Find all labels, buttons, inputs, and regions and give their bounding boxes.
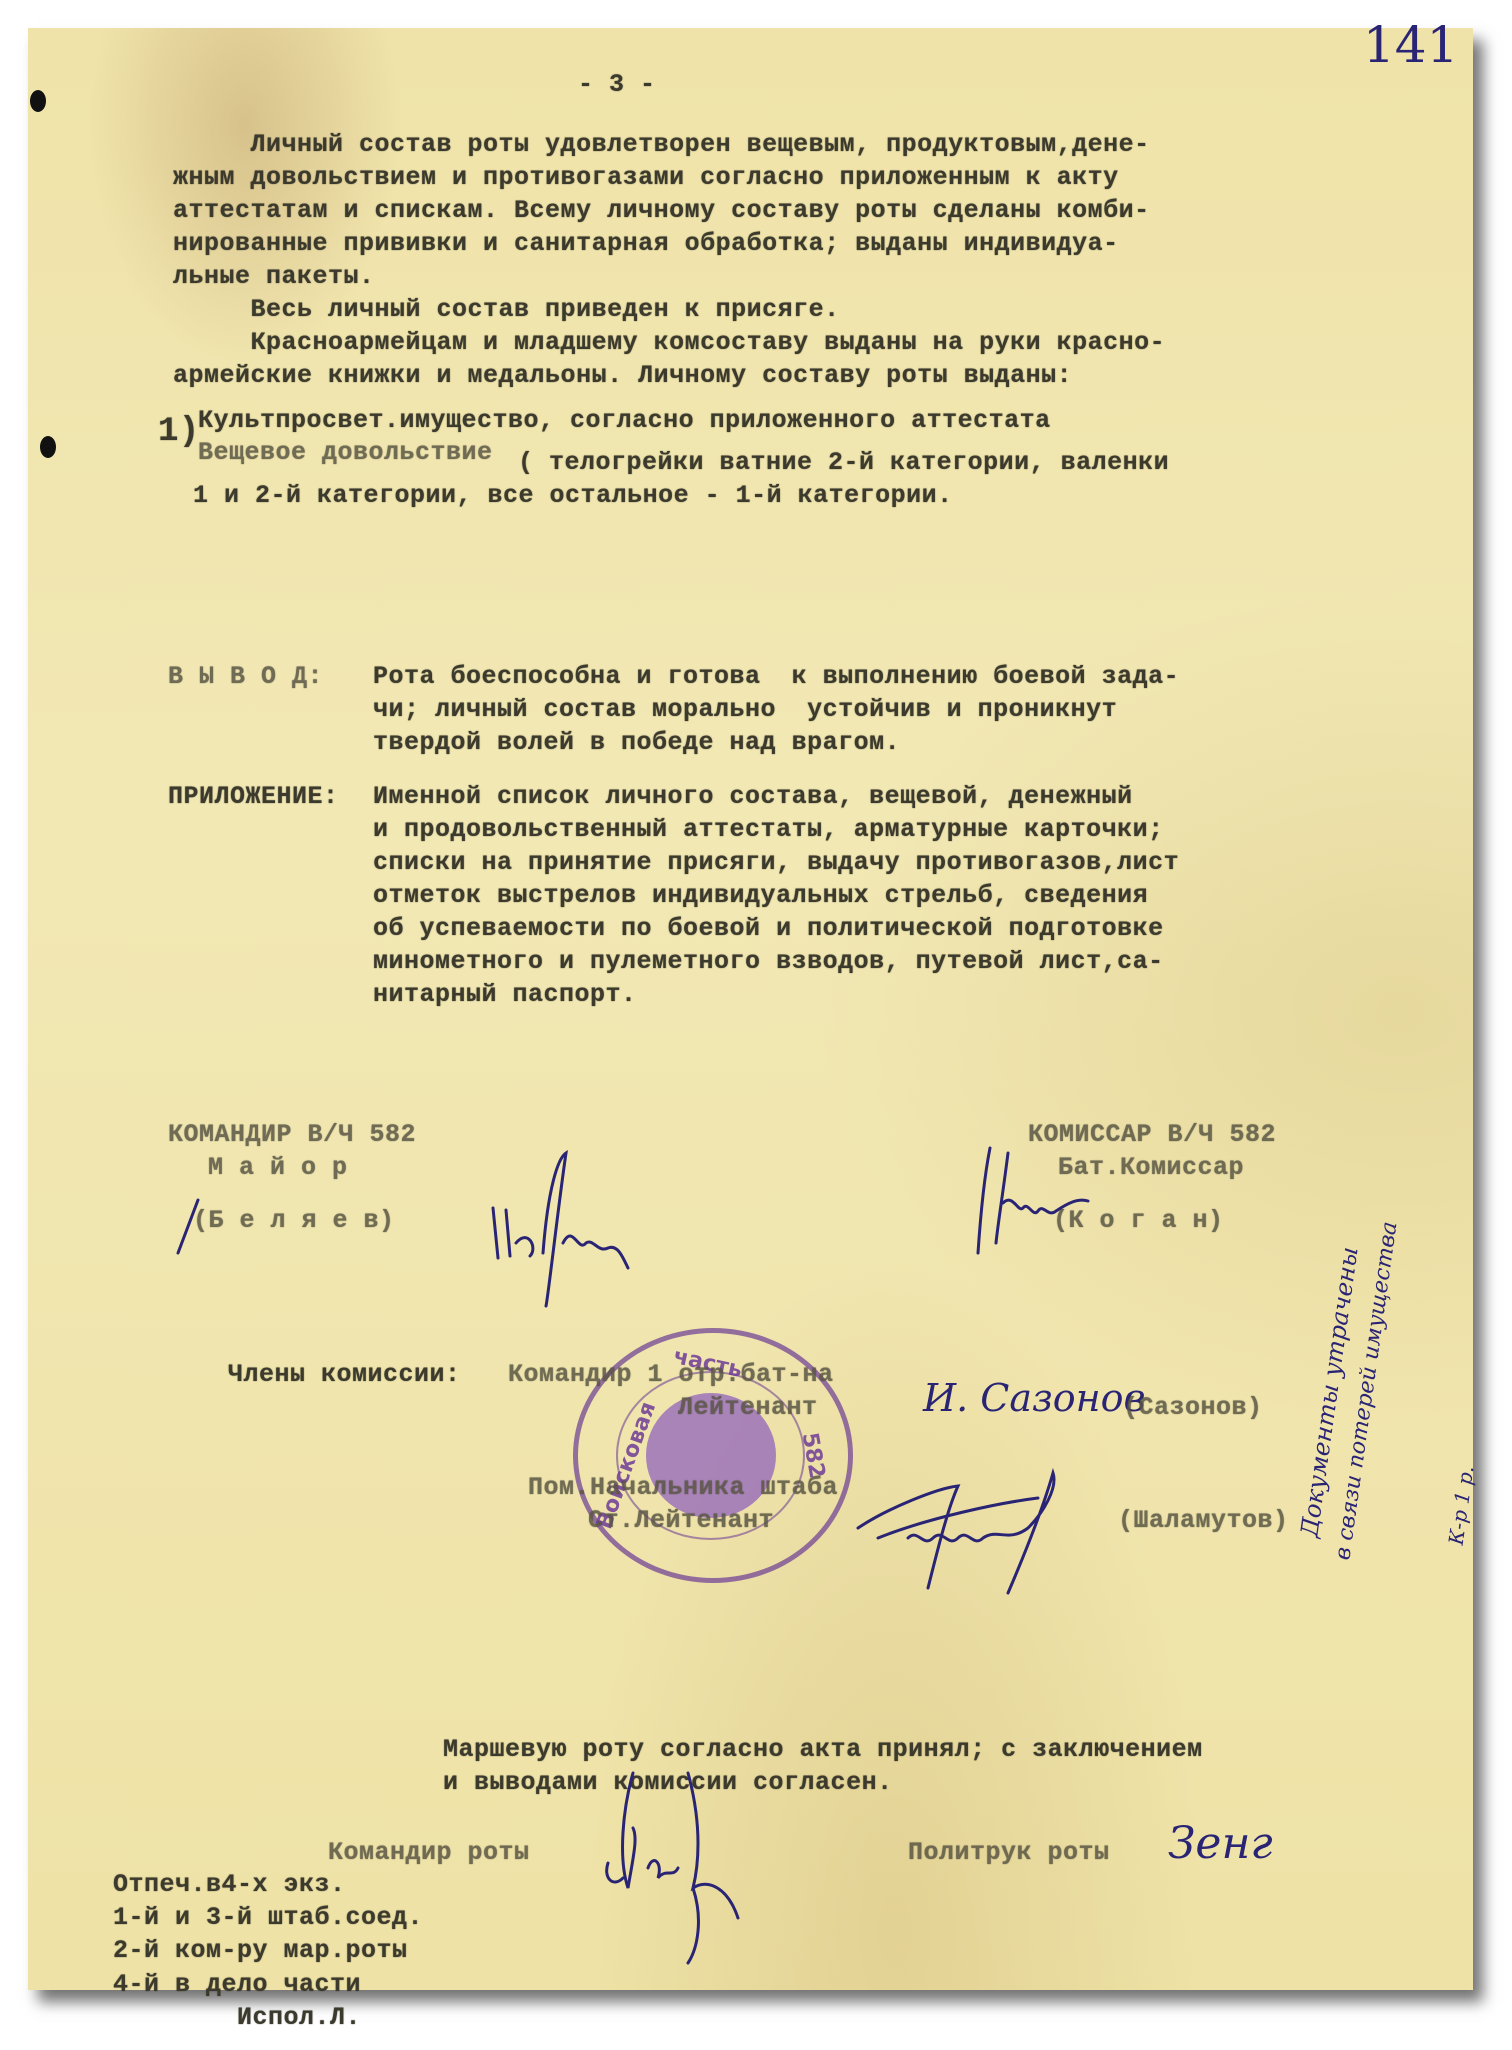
commissar-handwritten-signature	[978, 1143, 1138, 1263]
member-2-handwritten-signature	[848, 1468, 1128, 1598]
text-line: Красноармейцам и младшему комсоставу выд…	[173, 326, 1165, 359]
distribution-line: Испол.Л.	[113, 2001, 361, 2034]
punch-hole	[40, 436, 56, 458]
member-1-position: Командир 1 отр.бат-на	[508, 1358, 834, 1391]
company-commander-label: Командир роты	[328, 1836, 530, 1869]
distribution-line: Отпеч.в4-х экз.	[113, 1868, 346, 1901]
conclusion-label: В Ы В О Д:	[168, 660, 323, 693]
member-1-name: (Сазонов)	[1123, 1391, 1263, 1424]
archive-page-number: 141	[1363, 16, 1458, 74]
politruk-handwritten-signature: Зенг	[1168, 1818, 1273, 1869]
oath-line: Весь личный состав приведен к присяге.	[173, 293, 840, 326]
margin-note-line: К-р 1 р.	[1444, 1464, 1479, 1546]
list-item-detail: ( телогрейки ватние 2-й категории, вален…	[518, 446, 1169, 479]
text-line: об успеваемости по боевой и политической…	[373, 912, 1164, 945]
list-item: Культпросвет.имущество, согласно приложе…	[198, 404, 1051, 437]
text-line: Именной список личного состава, вещевой,…	[373, 780, 1133, 813]
list-item-label: Вещевое довольствие	[198, 436, 493, 469]
text-line: минометного и пулеметного взводов, путев…	[373, 945, 1164, 978]
text-line: отметок выстрелов индивидуальных стрельб…	[373, 879, 1148, 912]
text-line: жным довольствием и противогазами соглас…	[173, 161, 1119, 194]
page-marker: - 3 -	[578, 68, 656, 101]
punch-hole	[30, 90, 46, 112]
member-2-position: Пом.Начальника штаба	[528, 1471, 838, 1504]
text-line: аттестатам и спискам. Всему личному сост…	[173, 194, 1150, 227]
document-page: 141 - 3 - Личный состав роты удовлетворе…	[28, 28, 1473, 1990]
commander-title: КОМАНДИР В/Ч 582	[168, 1118, 416, 1151]
text-line: Рота боеспособна и готова к выполнению б…	[373, 660, 1179, 693]
text-line: армейские книжки и медальоны. Личному со…	[173, 359, 1072, 392]
member-2-rank: Ст.Лейтенант	[588, 1504, 774, 1537]
company-commander-handwritten-signature	[588, 1768, 748, 1968]
list-item-continued: 1 и 2-й категории, все остальное - 1-й к…	[193, 479, 953, 512]
text-line: Маршевую роту согласно акта принял; с за…	[443, 1733, 1203, 1766]
member-1-handwritten-signature: И. Сазонов	[923, 1376, 1146, 1420]
pen-mark	[168, 1198, 208, 1258]
list-bracket: 1)	[158, 416, 200, 449]
text-line: нитарный паспорт.	[373, 978, 637, 1011]
distribution-line: 1-й и 3-й штаб.соед.	[113, 1901, 423, 1934]
distribution-line: 4-й в дело части	[113, 1968, 361, 2001]
politruk-label: Политрук роты	[908, 1836, 1110, 1869]
commission-label: Члены комиссии:	[228, 1358, 461, 1391]
text-line: нированные прививки и санитарная обработ…	[173, 227, 1119, 260]
text-line: Личный состав роты удовлетворен вещевым,…	[173, 128, 1150, 161]
attachments-label: ПРИЛОЖЕНИЕ:	[168, 780, 339, 813]
distribution-line: 2-й ком-ру мар.роты	[113, 1934, 408, 1967]
text-line: чи; личный состав морально устойчив и пр…	[373, 693, 1117, 726]
margin-note: Документы утрачены в связи потерей имуще…	[1308, 1198, 1508, 1618]
member-2-name: (Шаламутов)	[1118, 1504, 1289, 1537]
commander-name: (Б е л я е в)	[193, 1204, 395, 1237]
text-line: твердой волей в победе над врагом.	[373, 726, 900, 759]
text-line: льные пакеты.	[173, 260, 375, 293]
member-1-rank: Лейтенант	[678, 1391, 818, 1424]
text-line: и продовольственный аттестаты, арматурны…	[373, 813, 1164, 846]
commander-rank: М а й о р	[208, 1151, 348, 1184]
text-line: списки на принятие присяги, выдачу проти…	[373, 846, 1179, 879]
commander-handwritten-signature	[488, 1148, 668, 1308]
